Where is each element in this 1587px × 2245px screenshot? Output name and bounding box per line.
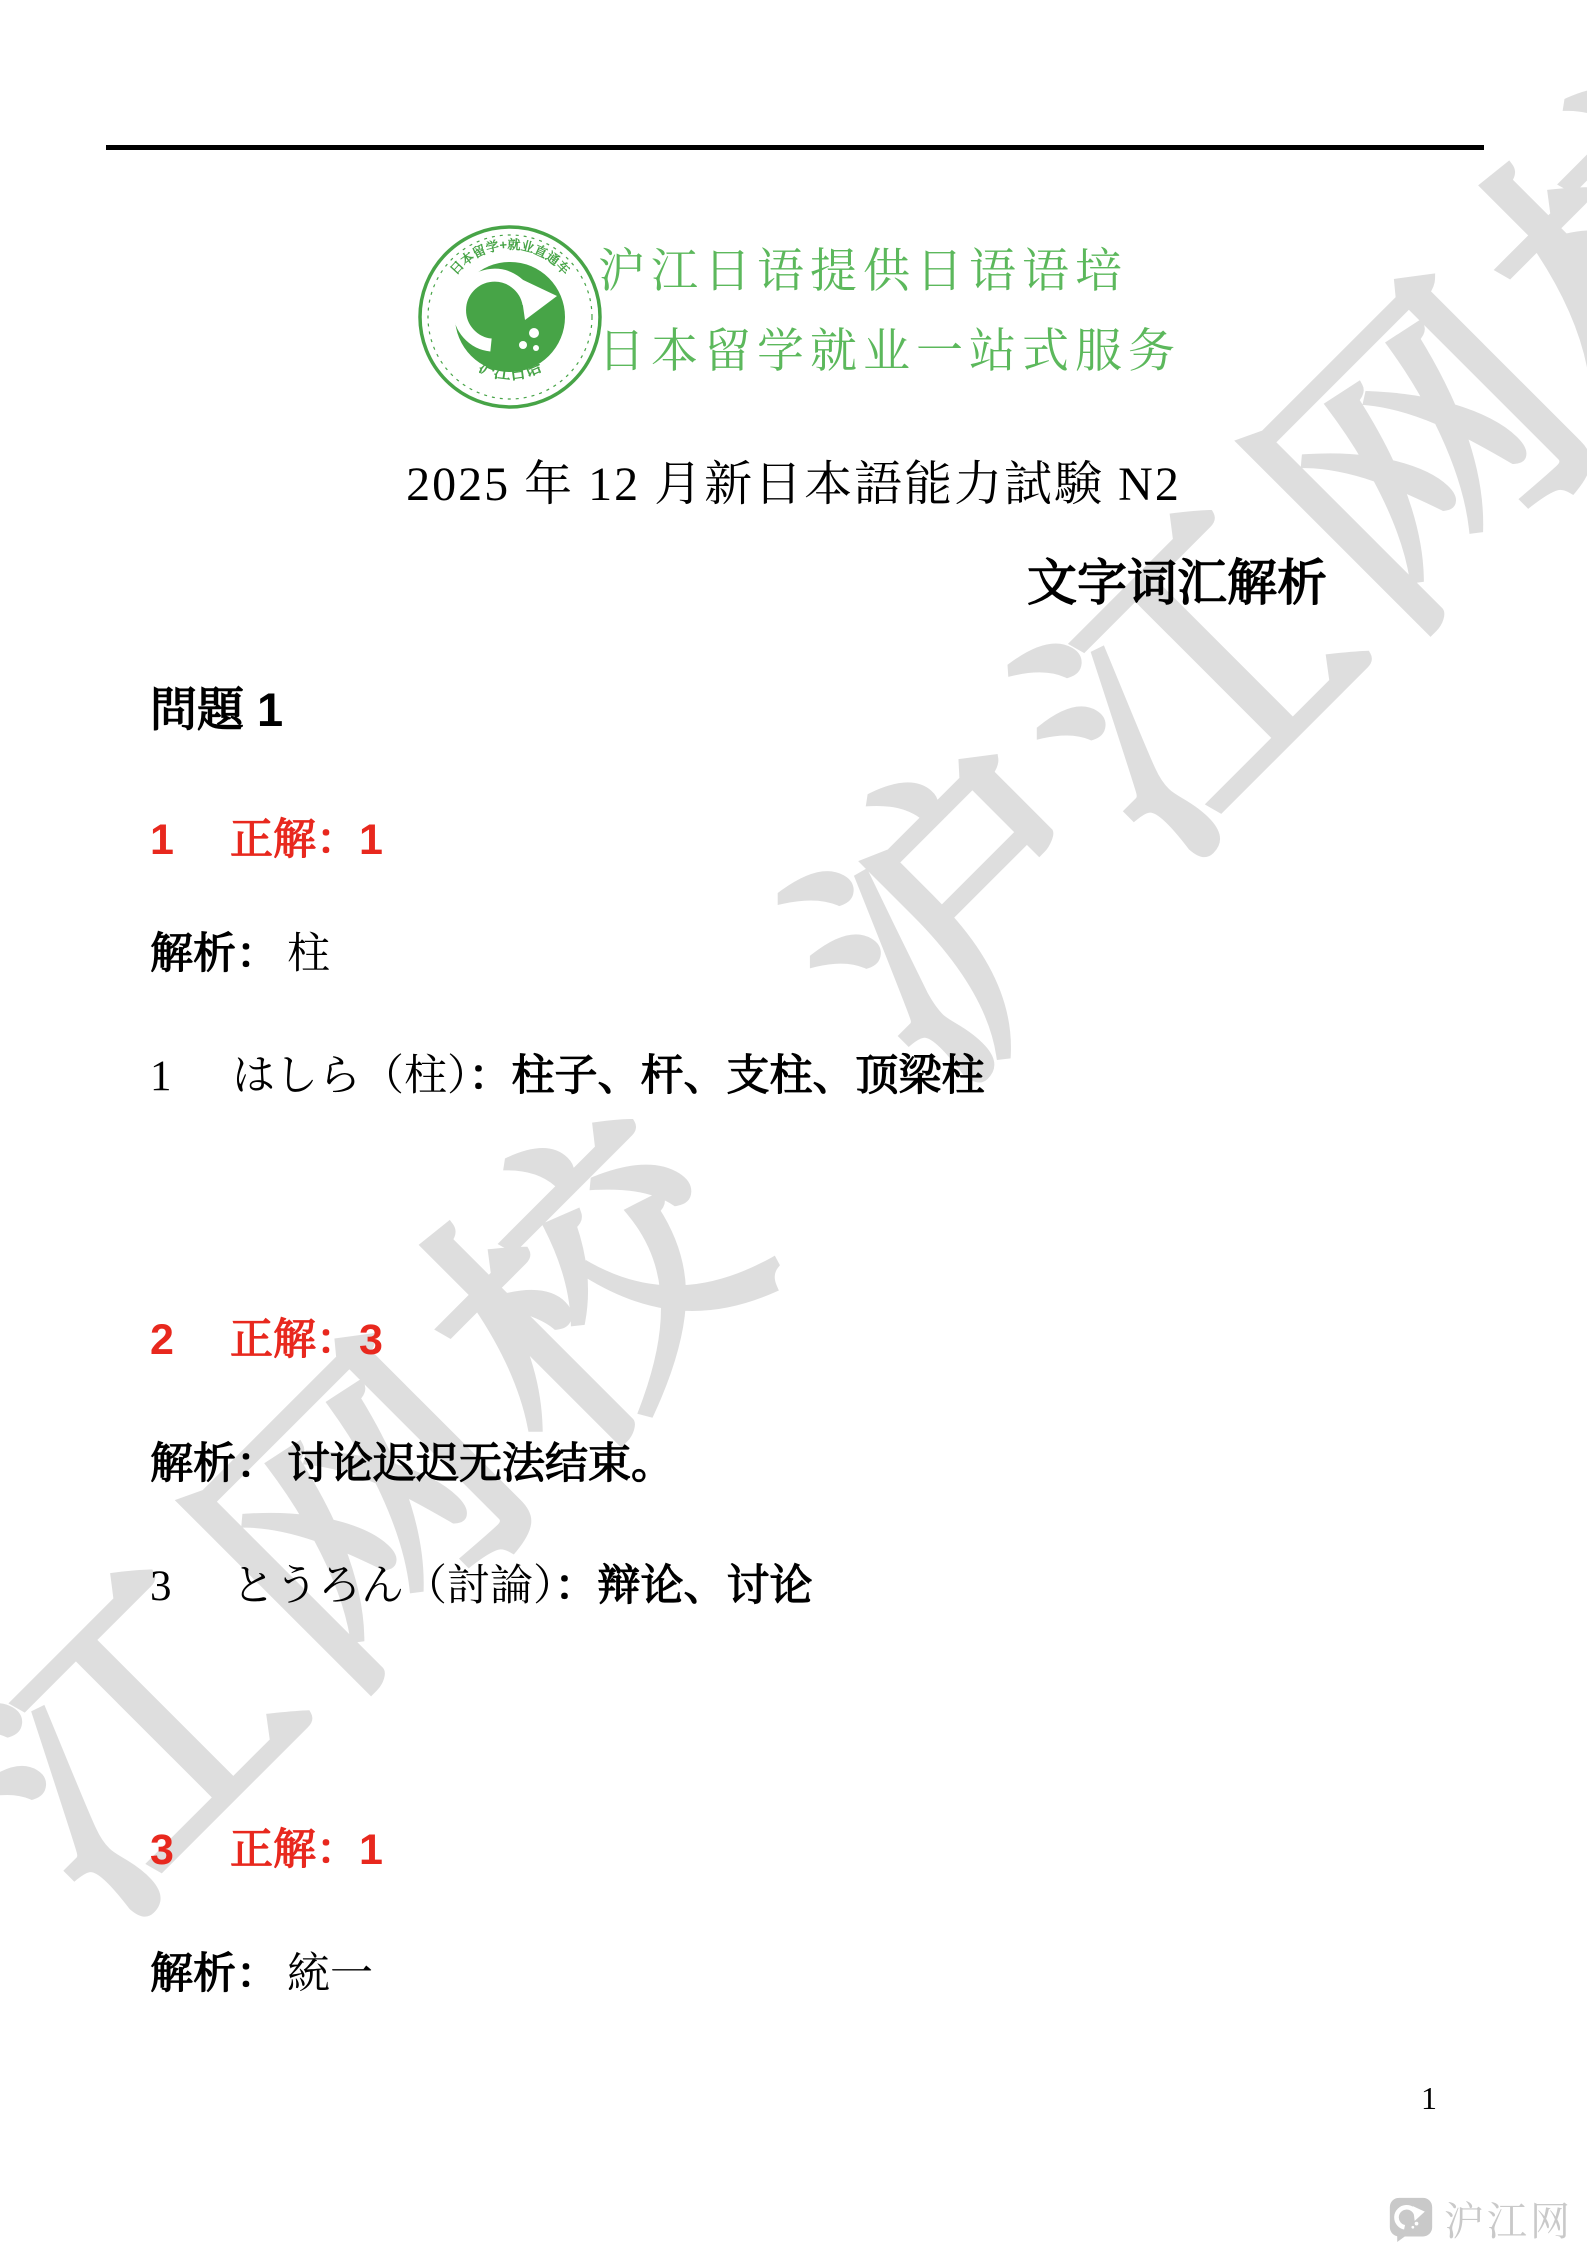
- answer-line-2: 2正解：3: [150, 1306, 383, 1367]
- vocab-line-2: 3とうろん（討論）：辩论、讨论: [150, 1552, 813, 1613]
- vocab-meaning: ：辩论、讨论: [555, 1562, 813, 1610]
- answer-value: 1: [359, 816, 383, 864]
- brand-tagline: 沪江日语提供日语语培 日本留学就业一站式服务: [598, 231, 1181, 391]
- answer-label: 正解：: [230, 816, 359, 864]
- answer-line-1: 1正解：1: [150, 806, 383, 867]
- document-title: 2025 年 12 月新日本語能力試験 N2: [0, 445, 1587, 514]
- vocab-reading: はしら（柱）: [232, 1053, 469, 1100]
- analysis-line-3: 解析：統一: [150, 1940, 373, 2001]
- hujiang-bubble-icon: [1388, 2196, 1434, 2242]
- footer-brand-mark: 沪江网: [1388, 2190, 1573, 2245]
- vocab-reading: とうろん（討論）: [232, 1563, 555, 1610]
- page-number: 1: [1421, 2080, 1437, 2117]
- analysis-label: 解析：: [150, 1950, 279, 1998]
- vocab-line-1: 1はしら（柱）：柱子、杆、支柱、顶梁柱: [150, 1042, 985, 1103]
- answer-label: 正解：: [230, 1316, 359, 1364]
- analysis-label: 解析：: [150, 1440, 279, 1488]
- document-page: 沪江网校 沪江网校 日本留学+就业直通车 沪江日语: [0, 0, 1587, 2245]
- document-subtitle: 文字词汇解析: [1027, 543, 1327, 615]
- analysis-label: 解析：: [150, 930, 279, 978]
- vocab-option-number: 3: [150, 1562, 232, 1611]
- question-number: 3: [150, 1826, 230, 1875]
- footer-brand-text: 沪江网: [1444, 2190, 1573, 2245]
- brand-tagline-line2: 日本留学就业一站式服务: [598, 311, 1181, 391]
- vocab-meaning: ：柱子、杆、支柱、顶梁柱: [469, 1052, 985, 1100]
- page-content: 日本留学+就业直通车 沪江日语 沪江日语提供日语语培 日本留学就业一站式服务 2…: [0, 0, 1587, 2245]
- vocab-option-number: 1: [150, 1052, 232, 1101]
- question-number: 2: [150, 1316, 230, 1365]
- hujiang-japanese-logo-badge: 日本留学+就业直通车 沪江日语: [415, 222, 605, 412]
- analysis-text: 讨论迟迟无法结束。: [287, 1440, 674, 1488]
- analysis-text: 統一: [287, 1951, 373, 1998]
- question-number: 1: [150, 816, 230, 865]
- answer-value: 3: [359, 1316, 383, 1364]
- brand-tagline-line1: 沪江日语提供日语语培: [598, 231, 1181, 311]
- answer-line-3: 3正解：1: [150, 1816, 383, 1877]
- analysis-line-2: 解析：讨论迟迟无法结束。: [150, 1430, 674, 1491]
- header-divider-line: [106, 145, 1484, 150]
- analysis-line-1: 解析：柱: [150, 920, 330, 981]
- analysis-text: 柱: [287, 931, 330, 978]
- answer-label: 正解：: [230, 1826, 359, 1874]
- answer-value: 1: [359, 1826, 383, 1874]
- section-heading: 問題 1: [150, 673, 283, 740]
